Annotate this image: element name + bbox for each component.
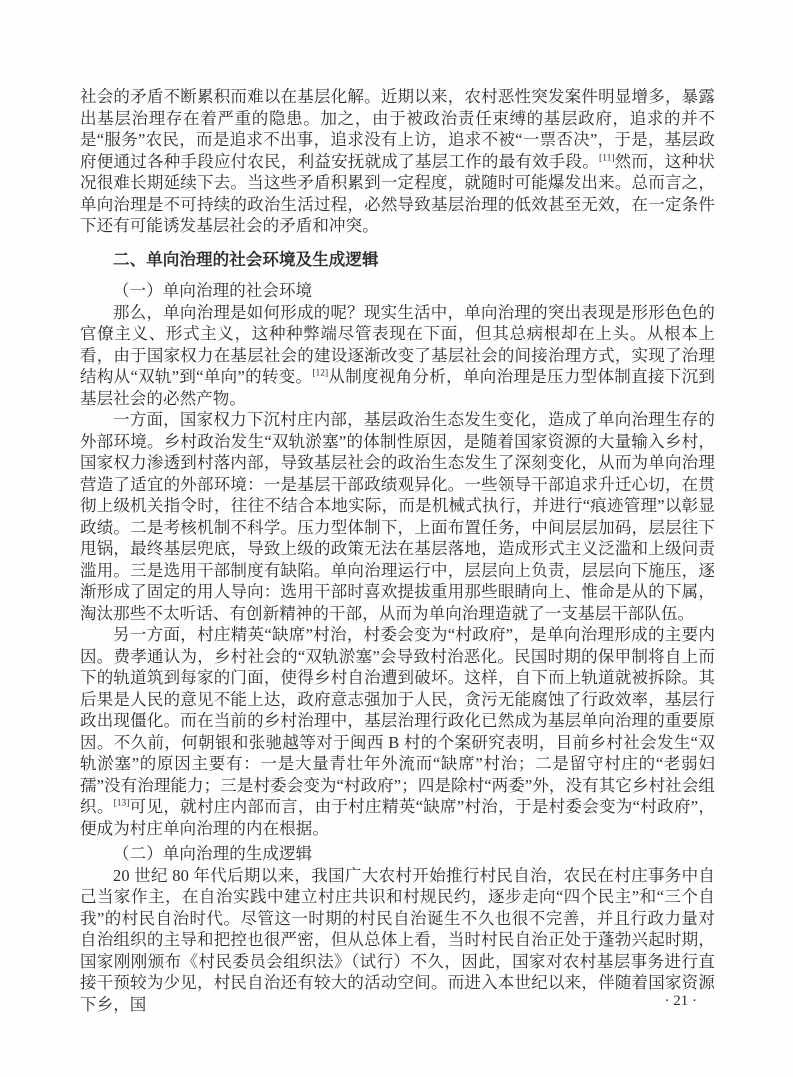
body-paragraph: 那么，单向治理是如何形成的呢？现实生活中，单向治理的突出表现是形形色色的官僚主义… <box>80 302 715 410</box>
page-number: · 21 · <box>665 993 698 1010</box>
citation-marker: [12] <box>312 369 328 379</box>
body-paragraph: 20 世纪 80 年代后期以来，我国广大农村开始推行村民自治，农民在村庄事务中自… <box>80 865 715 1016</box>
document-page: 社会的矛盾不断累积而难以在基层化解。近期以来，农村恶性突发案件明显增多，暴露出基… <box>0 0 793 1077</box>
document-body: 社会的矛盾不断累积而难以在基层化解。近期以来，农村恶性突发案件明显增多，暴露出基… <box>80 86 715 1015</box>
citation-marker: [13] <box>114 799 130 809</box>
citation-marker: [11] <box>599 153 614 163</box>
section-heading: 二、单向治理的社会环境及生成逻辑 <box>80 250 715 272</box>
body-paragraph: 一方面，国家权力下沉村庄内部，基层政治生态发生变化，造成了单向治理生存的外部环境… <box>80 409 715 624</box>
subsection-heading: （一）单向治理的社会环境 <box>80 280 715 302</box>
subsection-heading: （二）单向治理的生成逻辑 <box>80 843 715 865</box>
body-paragraph: 另一方面，村庄精英“缺席”村治，村委会变为“村政府”，是单向治理形成的主要内因。… <box>80 624 715 839</box>
body-paragraph: 社会的矛盾不断累积而难以在基层化解。近期以来，农村恶性突发案件明显增多，暴露出基… <box>80 86 715 237</box>
